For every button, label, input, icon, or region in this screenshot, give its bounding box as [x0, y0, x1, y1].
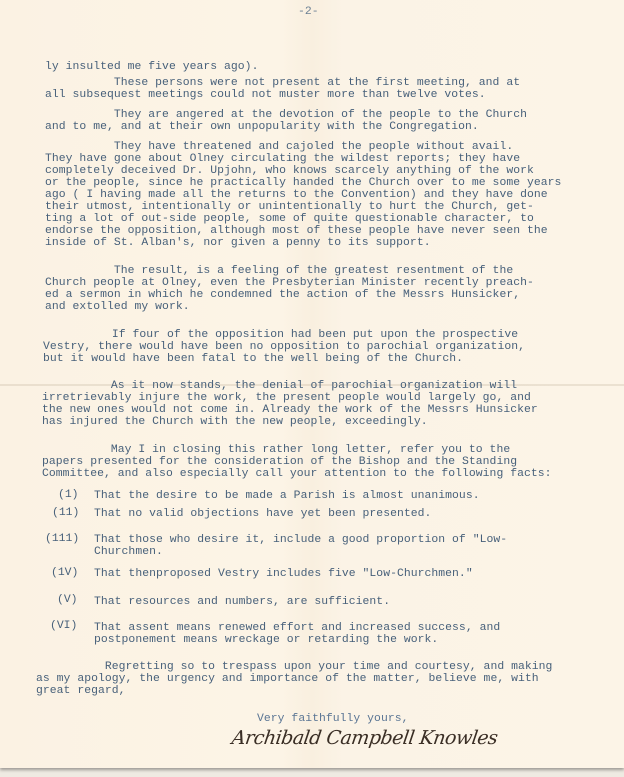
body-line: has injured the Church with the new peop… — [42, 416, 428, 428]
fact-number: (1V) — [51, 567, 78, 579]
body-line: They have gone about Olney circulating t… — [45, 153, 520, 165]
body-line: If four of the opposition had been put u… — [43, 329, 518, 341]
letter-page: -2- ly insulted me five years ago). Thes… — [0, 0, 624, 768]
body-line: inside of St. Alban's, nor given a penny… — [45, 237, 431, 249]
body-line: the new ones would not come in. Already … — [42, 404, 538, 416]
body-line: as my apology, the urgency and importanc… — [36, 673, 539, 685]
body-line: As it now stands, the denial of parochia… — [42, 380, 517, 392]
body-line: They have threatened and cajoled the peo… — [45, 141, 513, 153]
body-line: and extolled my work. — [45, 301, 190, 313]
body-line: They are angered at the devotion of the … — [45, 109, 527, 121]
body-line: all subsequest meetings could not muster… — [45, 89, 486, 101]
body-line: ly insulted me five years ago). — [45, 61, 258, 73]
fact-number: (V) — [57, 594, 78, 606]
body-line: or the people, since he practically hand… — [45, 177, 561, 189]
fact-text: That thenproposed Vestry includes five "… — [94, 568, 473, 580]
body-line: papers presented for the consideration o… — [42, 456, 517, 468]
body-line: endorse the opposition, although most of… — [45, 225, 548, 237]
body-line: The result, is a feeling of the greatest… — [45, 265, 513, 277]
body-line: ago ( I having made all the returns to t… — [45, 189, 548, 201]
body-line: great regard, — [36, 685, 126, 697]
fact-text: That assent means renewed effort and inc… — [94, 622, 500, 634]
fact-text: Churchmen. — [94, 546, 163, 558]
valediction: Very faithfully yours, — [257, 713, 408, 725]
fact-text: That resources and numbers, are sufficie… — [94, 596, 390, 608]
fact-text: That the desire to be made a Parish is a… — [94, 490, 480, 502]
body-line: completely deceived Dr. Upjohn, who know… — [45, 165, 534, 177]
body-line: May I in closing this rather long letter… — [42, 444, 510, 456]
fact-number: (11) — [52, 507, 79, 519]
fact-number: (VI) — [50, 620, 77, 632]
page-number: -2- — [298, 6, 319, 18]
handwritten-signature: Archibald Campbell Knowles — [230, 727, 498, 749]
body-line: irretrievably injure the work, the prese… — [42, 392, 531, 404]
fact-number: (111) — [45, 533, 79, 545]
body-line: Regretting so to trespass upon your time… — [36, 661, 552, 673]
body-line: Vestry, there would have been no opposit… — [43, 341, 525, 353]
fact-number: (1) — [58, 489, 79, 501]
body-line: and to me, and at their own unpopularity… — [45, 121, 479, 133]
body-line: but it would have been fatal to the well… — [43, 353, 463, 365]
fact-text: That those who desire it, include a good… — [94, 534, 507, 546]
body-line: These persons were not present at the fi… — [45, 77, 520, 89]
fact-text: postponement means wreckage or retarding… — [94, 634, 438, 646]
fact-text: That no valid objections have yet been p… — [94, 508, 431, 520]
body-line: their utmost, intentionally or unintenti… — [45, 201, 534, 213]
body-line: Church people at Olney, even the Presbyt… — [45, 277, 534, 289]
body-line: Committee, and also especially call your… — [42, 468, 552, 480]
body-line: ed a sermon in which he condemned the ac… — [45, 289, 520, 301]
body-line: ting a lot of out-side people, some of q… — [45, 213, 534, 225]
